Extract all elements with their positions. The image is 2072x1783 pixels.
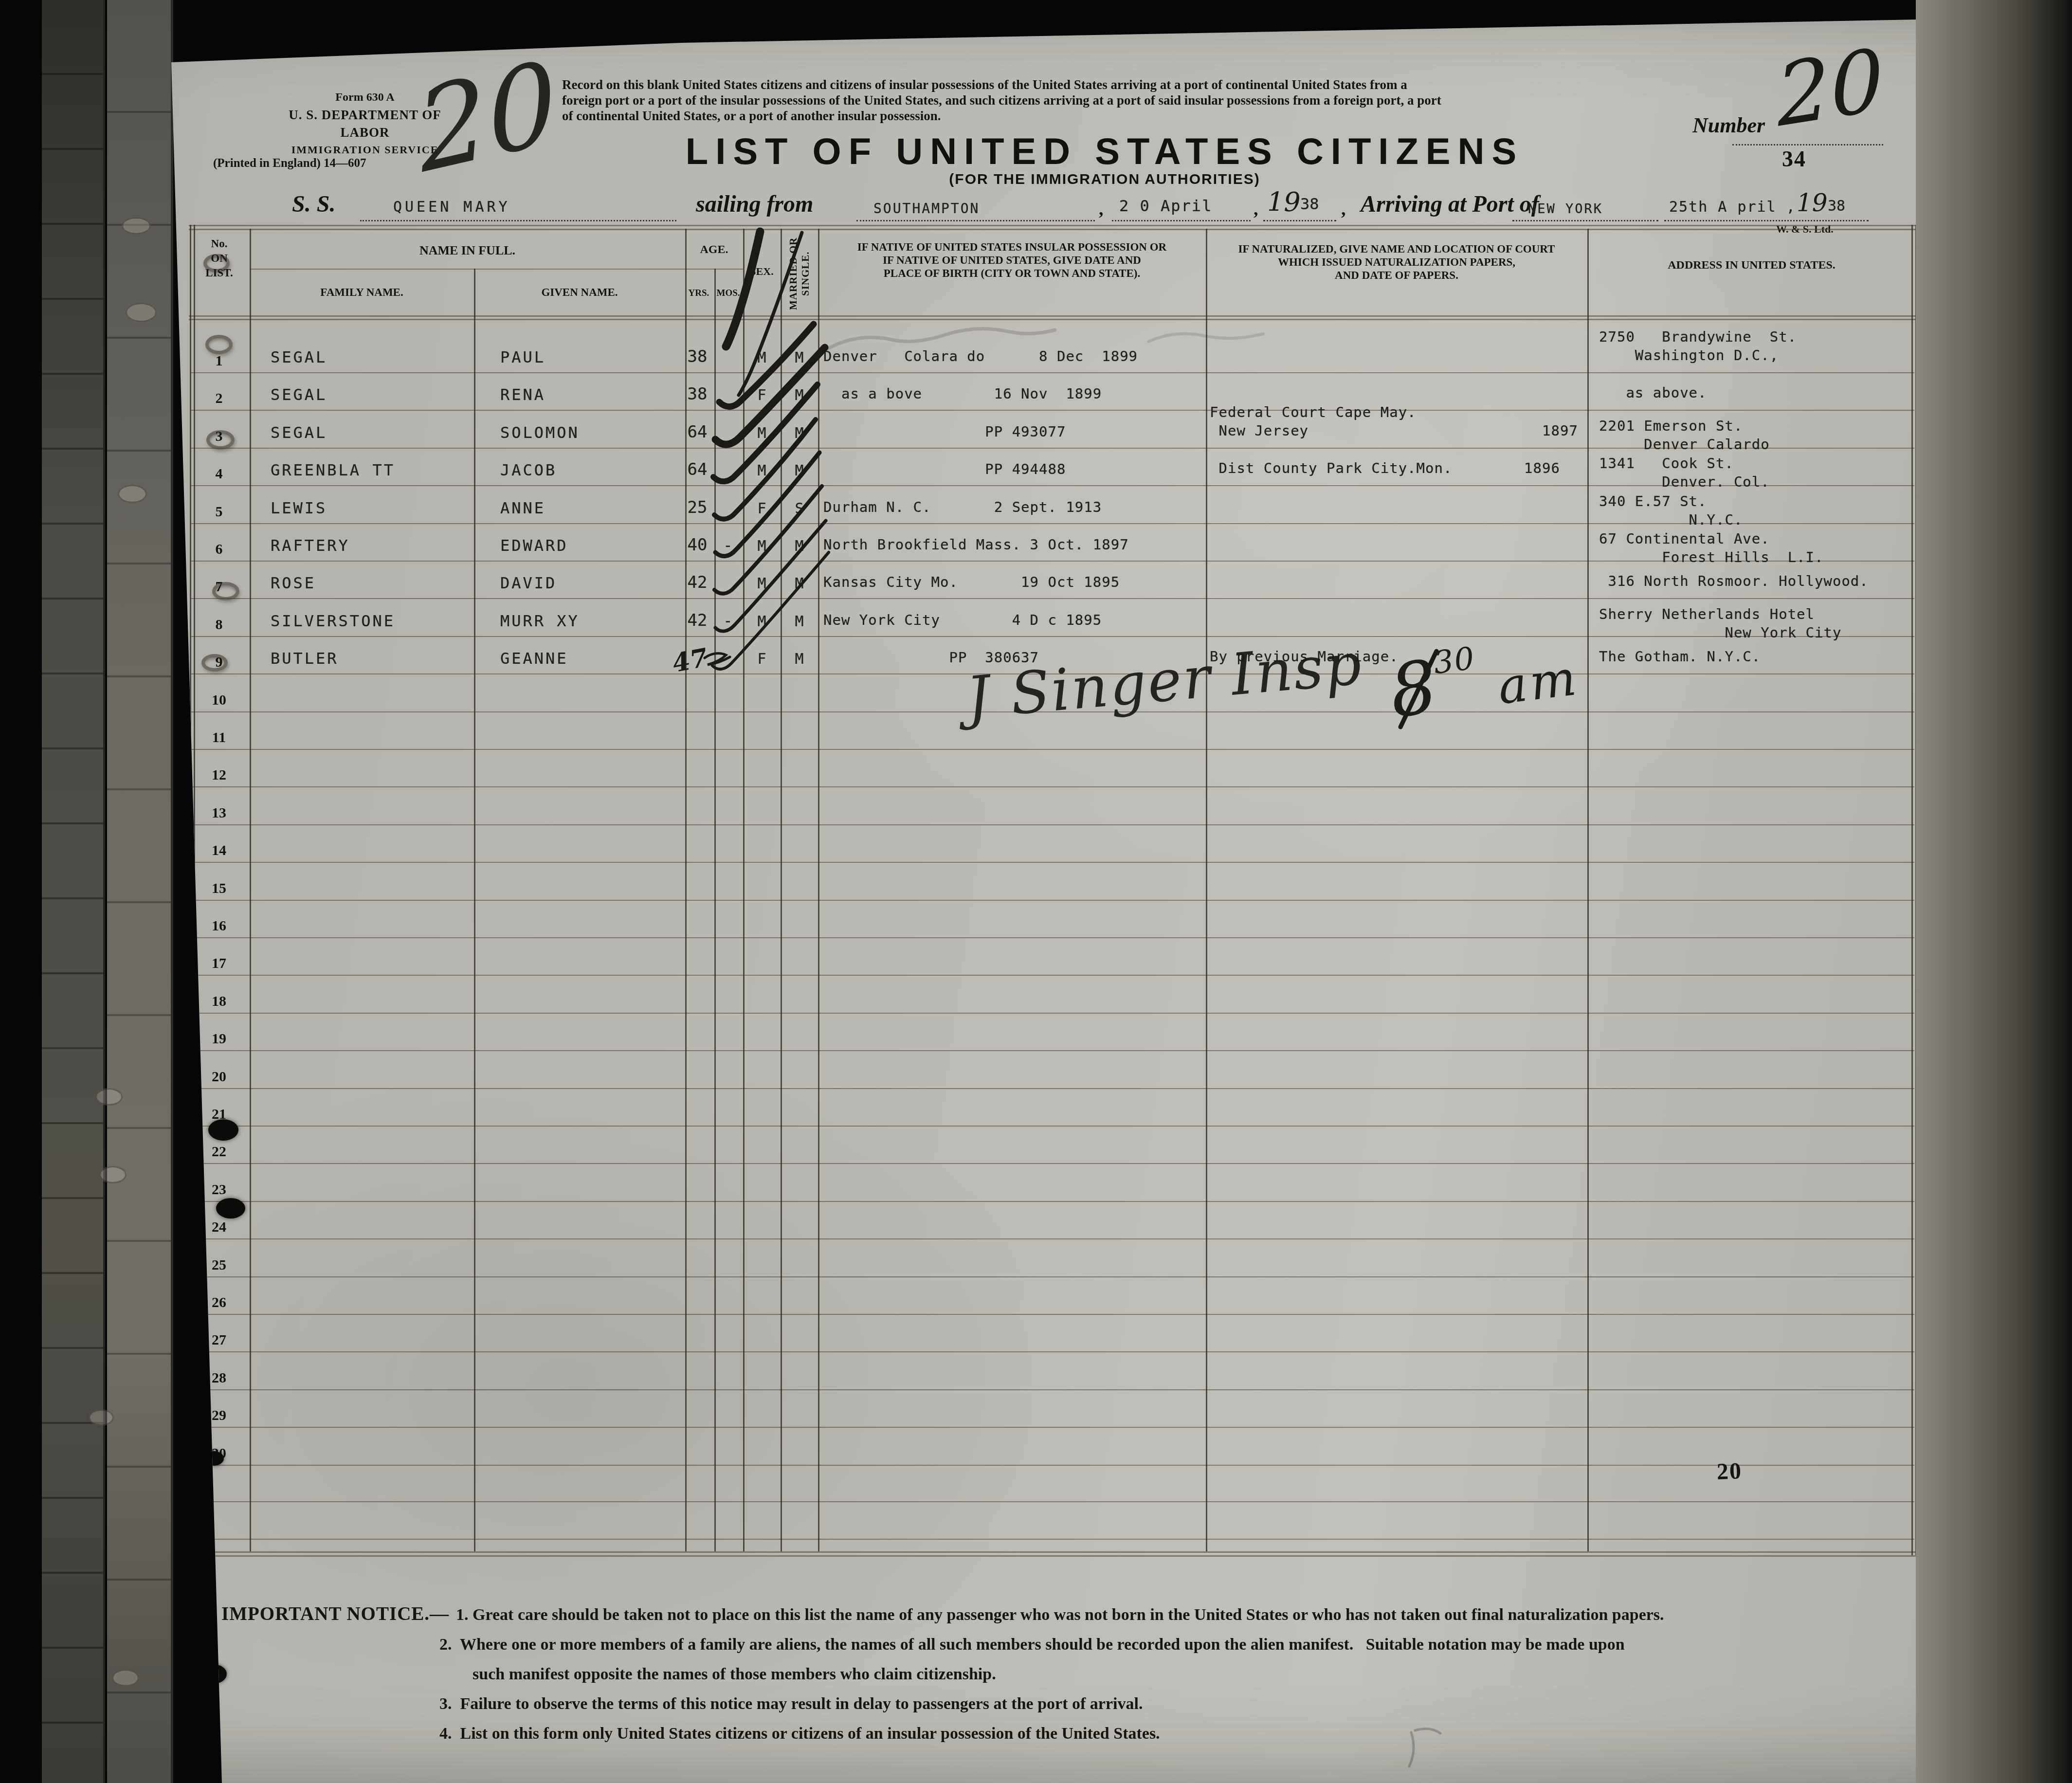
punch-hole-filled [204,1451,224,1466]
punch-hole [201,654,228,672]
scanned-manifest: Form 630 A U. S. DEPARTMENT OF LABOR IMM… [0,0,2072,1783]
book-page-edge [42,0,105,1783]
notice-item-3: 3. Failure to observe the terms of this … [221,1689,1915,1719]
punch-hole-filled [208,1119,238,1141]
page-stamp: 20 [1716,1457,1743,1485]
manifest-page: Form 630 A U. S. DEPARTMENT OF LABOR IMM… [0,0,2072,1783]
time-minutes: 30 [1432,640,1477,681]
edge-hole [99,1166,127,1183]
notice-item-2: 2. Where one or more members of a family… [221,1630,1915,1689]
punch-hole [205,335,233,354]
edge-hole [112,1669,139,1687]
edge-hole [126,303,157,322]
notice-label: IMPORTANT NOTICE.— [221,1603,456,1624]
notice-line-1: IMPORTANT NOTICE.—1. Great care should b… [221,1599,1915,1630]
edge-hole [89,1409,114,1426]
edge-hole [95,1088,123,1106]
notice-item-1: 1. Great care should be taken not to pla… [456,1606,1664,1624]
book-gutter [1916,0,2072,1783]
time-meridiem: am [1495,649,1582,715]
edge-hole [122,217,151,235]
edge-hole [118,485,147,503]
book-page-edge-2 [107,0,173,1783]
important-notice: IMPORTANT NOTICE.—1. Great care should b… [221,1599,1915,1748]
punch-hole-filled [200,1664,227,1684]
punch-hole [206,430,235,450]
punch-hole [212,582,239,600]
notice-item-4: 4. List on this form only United States … [221,1719,1915,1748]
punch-hole [203,254,230,273]
punch-hole-filled [216,1198,245,1219]
pen-strokes [0,0,2072,1783]
